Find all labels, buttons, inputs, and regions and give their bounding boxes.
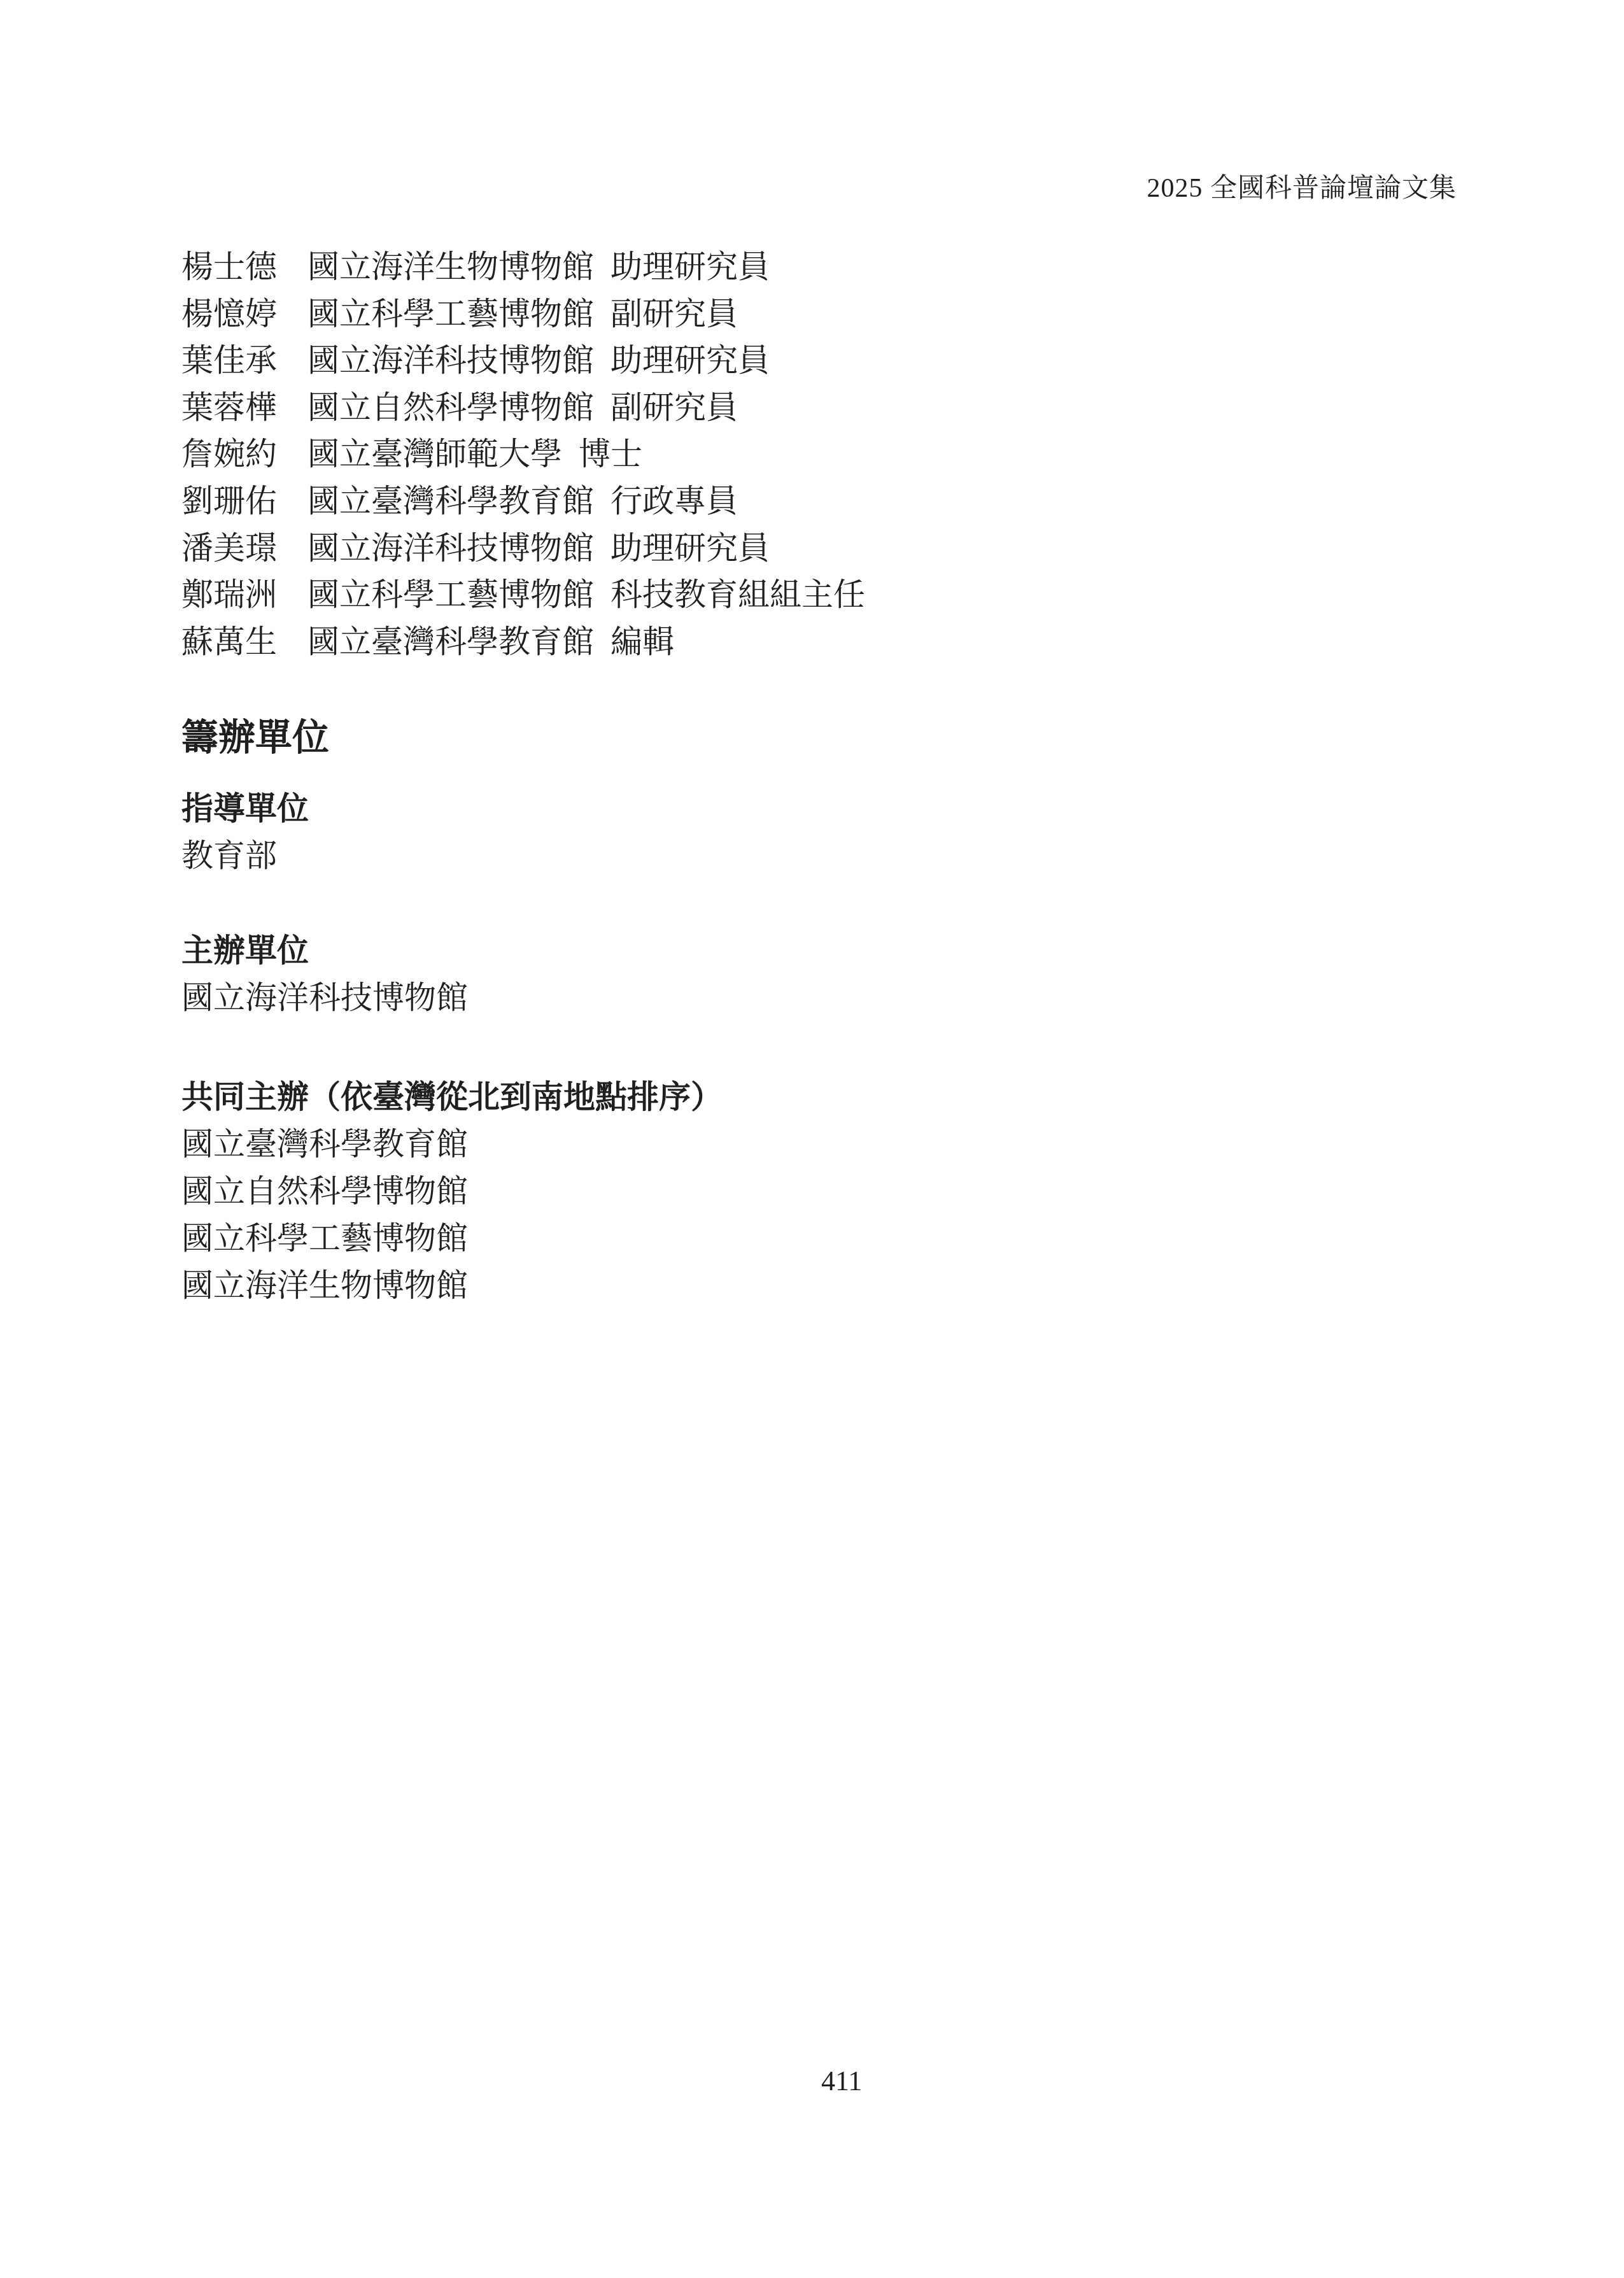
person-title: 副研究員	[611, 390, 738, 425]
person-title: 助理研究員	[611, 343, 770, 378]
list-item: 潘美璟國立海洋科技博物館助理研究員	[181, 525, 865, 572]
list-item: 鄭瑞洲國立科學工藝博物館科技教育組組主任	[181, 572, 865, 619]
person-title: 博士	[579, 436, 642, 472]
person-affiliation: 國立科學工藝博物館	[307, 296, 594, 332]
organizer-group-cohosts: 共同主辦（依臺灣從北到南地點排序） 國立臺灣科學教育館 國立自然科學博物館 國立…	[181, 1073, 723, 1309]
organizer-group-advisory: 指導單位 教育部	[181, 785, 309, 879]
organizer-item: 國立自然科學博物館	[181, 1168, 723, 1215]
group-heading: 指導單位	[181, 785, 309, 832]
organizer-item: 教育部	[181, 832, 309, 879]
group-heading: 共同主辦（依臺灣從北到南地點排序）	[181, 1073, 723, 1121]
organizer-item: 國立海洋科技博物館	[181, 974, 468, 1021]
person-name: 楊士德	[181, 244, 307, 291]
person-title: 編輯	[611, 624, 674, 660]
person-affiliation: 國立臺灣科學教育館	[307, 483, 594, 519]
list-item: 蘇萬生國立臺灣科學教育館編輯	[181, 619, 865, 666]
list-item: 葉蓉樺國立自然科學博物館副研究員	[181, 385, 865, 432]
person-name: 詹婉約	[181, 431, 307, 478]
list-item: 詹婉約國立臺灣師範大學博士	[181, 431, 865, 478]
person-name: 鄭瑞洲	[181, 572, 307, 619]
section-title-organizing-units: 籌辦單位	[181, 714, 329, 761]
person-affiliation: 國立海洋科技博物館	[307, 530, 594, 566]
organizer-item: 國立科學工藝博物館	[181, 1215, 723, 1262]
person-affiliation: 國立自然科學博物館	[307, 390, 594, 425]
person-name: 潘美璟	[181, 525, 307, 572]
list-item: 劉珊佑國立臺灣科學教育館行政專員	[181, 478, 865, 525]
person-affiliation: 國立海洋生物博物館	[307, 249, 594, 285]
person-affiliation: 國立臺灣師範大學	[307, 436, 562, 472]
person-name: 劉珊佑	[181, 478, 307, 525]
running-header: 2025 全國科普論壇論文集	[1147, 173, 1457, 204]
person-name: 葉佳承	[181, 337, 307, 385]
organizer-item: 國立臺灣科學教育館	[181, 1121, 723, 1168]
person-affiliation: 國立臺灣科學教育館	[307, 624, 594, 660]
person-title: 助理研究員	[611, 530, 770, 566]
document-page: 2025 全國科普論壇論文集 楊士德國立海洋生物博物館助理研究員 楊憶婷國立科學…	[0, 0, 1624, 2278]
person-title: 行政專員	[611, 483, 738, 519]
person-name: 蘇萬生	[181, 619, 307, 666]
person-affiliation: 國立科學工藝博物館	[307, 577, 594, 612]
page-number: 411	[821, 2065, 862, 2098]
person-title: 副研究員	[611, 296, 738, 332]
group-heading: 主辦單位	[181, 927, 468, 974]
person-affiliation: 國立海洋科技博物館	[307, 343, 594, 378]
person-name: 葉蓉樺	[181, 385, 307, 432]
list-item: 葉佳承國立海洋科技博物館助理研究員	[181, 337, 865, 385]
organizer-group-host: 主辦單位 國立海洋科技博物館	[181, 927, 468, 1021]
contributors-list: 楊士德國立海洋生物博物館助理研究員 楊憶婷國立科學工藝博物館副研究員 葉佳承國立…	[181, 244, 865, 665]
list-item: 楊憶婷國立科學工藝博物館副研究員	[181, 291, 865, 338]
person-title: 助理研究員	[611, 249, 770, 285]
organizer-item: 國立海洋生物博物館	[181, 1262, 723, 1309]
person-title: 科技教育組組主任	[611, 577, 865, 612]
list-item: 楊士德國立海洋生物博物館助理研究員	[181, 244, 865, 291]
person-name: 楊憶婷	[181, 291, 307, 338]
